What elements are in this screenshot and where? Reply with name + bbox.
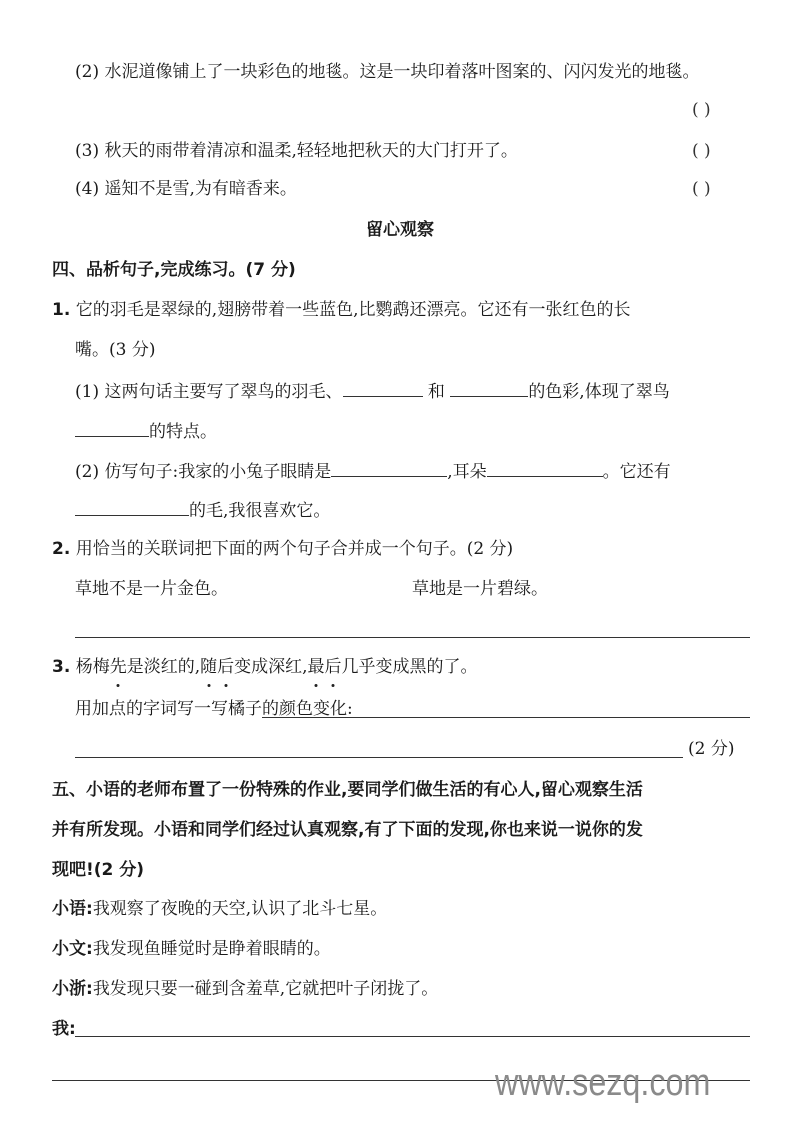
emphasis-char: 最 — [308, 655, 325, 679]
q1-line-1: 1. 它的羽毛是翠绿的,翅膀带着一些蓝色,比鹦鹉还漂亮。它还有一张红色的长 — [52, 298, 631, 322]
item-2-number: (2) — [75, 62, 99, 82]
item-3-number: (3) — [75, 141, 99, 161]
q1-number: 1. — [52, 300, 70, 320]
emphasis-char: 后 — [217, 655, 234, 679]
blank-feather-1[interactable] — [343, 378, 423, 397]
section-5-line-2: 并有所发现。小语和同学们经过认真观察,有了下面的发现,你也来说一说你的发 — [52, 818, 643, 842]
q1-sub1-text-d: 的特点。 — [149, 422, 217, 442]
q3-seg-1: 杨梅 — [76, 657, 110, 677]
blank-ears[interactable] — [487, 458, 603, 477]
q1-sub1-line-1: (1) 这两句话主要写了翠鸟的羽毛、 和 的色彩,体现了翠鸟 — [75, 378, 670, 404]
section-4-heading: 四、品析句子,完成练习。(7 分) — [52, 258, 296, 282]
q3-seg-2: 是淡红的, — [127, 657, 200, 677]
q1-sub2-line-2: 的毛,我很喜欢它。 — [75, 497, 330, 523]
blank-feature[interactable] — [75, 418, 149, 437]
q2-sentence-b: 草地是一片碧绿。 — [412, 577, 548, 601]
q2-text: 用恰当的关联词把下面的两个句子合并成一个句子。(2 分) — [76, 539, 513, 559]
q2-sentence-a: 草地不是一片金色。 — [75, 577, 228, 601]
answer-box-4[interactable]: ( ) — [692, 177, 711, 201]
item-4-text: 遥知不是雪,为有暗香来。 — [105, 179, 297, 199]
me-label: 我: — [52, 1017, 76, 1041]
item-4-number: (4) — [75, 179, 99, 199]
q1-sub2-text-c: 。它还有 — [603, 462, 671, 482]
q2-line: 2. 用恰当的关联词把下面的两个句子合并成一个句子。(2 分) — [52, 537, 513, 561]
q1-text-1: 它的羽毛是翠绿的,翅膀带着一些蓝色,比鹦鹉还漂亮。它还有一张红色的长 — [76, 300, 631, 320]
watermark: www.sezq.com — [495, 1062, 710, 1105]
q1-sub1-text-c: 的色彩,体现了翠鸟 — [528, 382, 669, 402]
me-answer-line-1[interactable] — [75, 1036, 750, 1037]
q3-answer-line-2[interactable] — [75, 757, 683, 758]
q1-sub2-number: (2) — [75, 462, 99, 482]
q1-sub2-text-d: 的毛,我很喜欢它。 — [189, 501, 330, 521]
q1-sub1-line-2: 的特点。 — [75, 418, 217, 444]
q3-seg-4: 几乎变成黑的了。 — [342, 657, 478, 677]
blank-fur[interactable] — [75, 497, 189, 516]
q3-number: 3. — [52, 657, 70, 677]
answer-box-2[interactable]: ( ) — [692, 98, 711, 122]
entry-xiaoyu-text: 我观察了夜晚的天空,认识了北斗七星。 — [93, 899, 387, 919]
emphasis-char: 先 — [110, 655, 127, 679]
speaker-xiaozhe: 小浙: — [52, 979, 93, 999]
q3-score: (2 分) — [688, 737, 734, 761]
q1-line-2: 嘴。(3 分) — [75, 338, 155, 362]
unit-title: 留心观察 — [0, 218, 800, 242]
q3-answer-line-1[interactable] — [262, 717, 750, 718]
speaker-xiaoyu: 小语: — [52, 899, 93, 919]
q1-sub1-number: (1) — [75, 382, 99, 402]
q1-sub2-text-a: 仿写句子:我家的小兔子眼睛是 — [105, 462, 332, 482]
section-5-line-3: 现吧!(2 分) — [52, 858, 144, 882]
answer-box-3[interactable]: ( ) — [692, 139, 711, 163]
q1-sub1-text-b: 和 — [428, 382, 445, 402]
item-2: (2) 水泥道像铺上了一块彩色的地毯。这是一块印着落叶图案的、闪闪发光的地毯。 — [75, 60, 700, 84]
section-5-line-1: 五、小语的老师布置了一份特殊的作业,要同学们做生活的有心人,留心观察生活 — [52, 778, 643, 802]
entry-xiaozhe: 小浙:我发现只要一碰到含羞草,它就把叶子闭拢了。 — [52, 977, 438, 1001]
emphasis-char: 后 — [325, 655, 342, 679]
entry-xiaozhe-text: 我发现只要一碰到含羞草,它就把叶子闭拢了。 — [93, 979, 438, 999]
entry-xiaowen: 小文:我发现鱼睡觉时是睁着眼睛的。 — [52, 937, 331, 961]
q2-answer-line[interactable] — [75, 637, 750, 638]
q3-seg-3: 变成深红, — [234, 657, 307, 677]
q1-sub2-line-1: (2) 仿写句子:我家的小兔子眼睛是,耳朵。它还有 — [75, 458, 671, 484]
blank-eyes[interactable] — [331, 458, 447, 477]
q1-sub2-text-b: ,耳朵 — [447, 462, 486, 482]
entry-xiaoyu: 小语:我观察了夜晚的天空,认识了北斗七星。 — [52, 897, 387, 921]
entry-xiaowen-text: 我发现鱼睡觉时是睁着眼睛的。 — [93, 939, 331, 959]
q1-sub1-text-a: 这两句话主要写了翠鸟的羽毛、 — [105, 382, 343, 402]
item-3-text: 秋天的雨带着清凉和温柔,轻轻地把秋天的大门打开了。 — [105, 141, 518, 161]
emphasis-char: 随 — [200, 655, 217, 679]
blank-feather-2[interactable] — [450, 378, 528, 397]
speaker-xiaowen: 小文: — [52, 939, 93, 959]
item-2-text: 水泥道像铺上了一块彩色的地毯。这是一块印着落叶图案的、闪闪发光的地毯。 — [105, 62, 700, 82]
q2-number: 2. — [52, 539, 70, 559]
q3-line: 3. 杨梅先是淡红的,随后变成深红,最后几乎变成黑的了。 — [52, 655, 478, 679]
item-3: (3) 秋天的雨带着清凉和温柔,轻轻地把秋天的大门打开了。 — [75, 139, 518, 163]
item-4: (4) 遥知不是雪,为有暗香来。 — [75, 177, 297, 201]
